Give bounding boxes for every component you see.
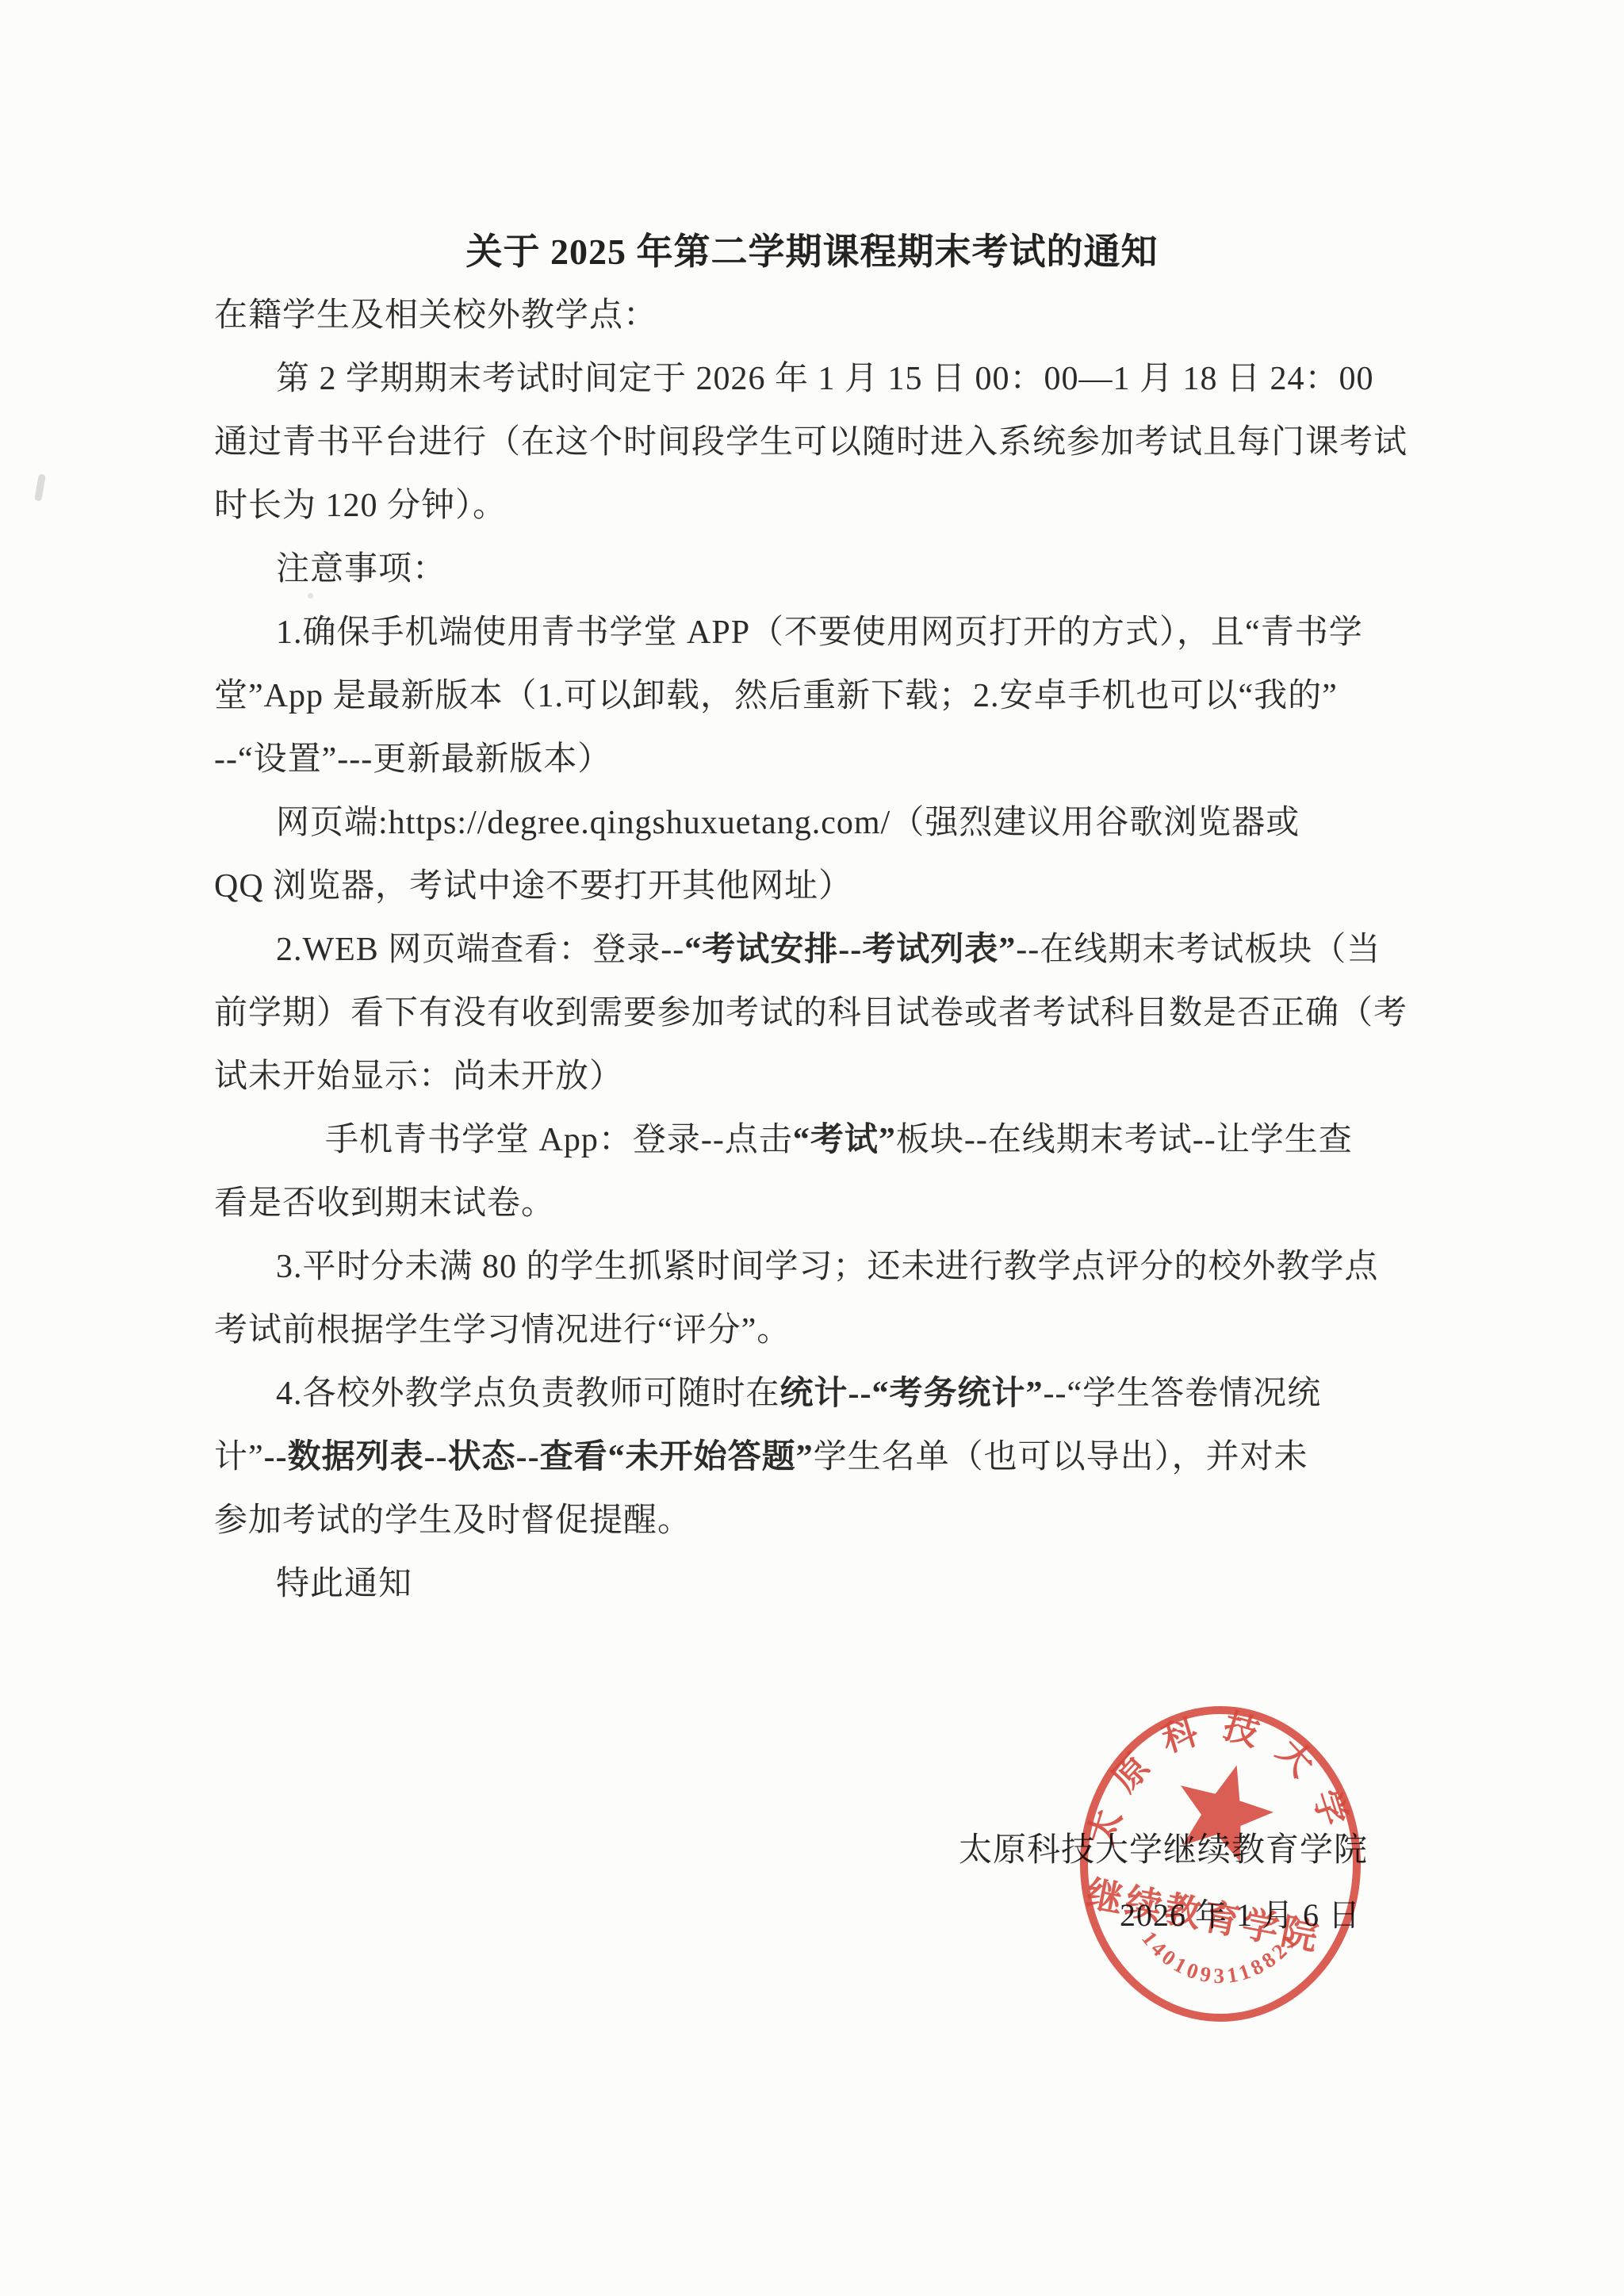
text-line: QQ 浏览器，考试中途不要打开其他网址）: [214, 855, 1427, 918]
text-run: QQ 浏览器，考试中途不要打开其他网址）: [214, 868, 852, 905]
text-run: --数据列表--状态--查看“未开始答题”: [264, 1439, 814, 1475]
text-run: 参加考试的学生及时督促提醒。: [214, 1502, 691, 1539]
text-run: 手机青书学堂 App：登录--点击: [325, 1122, 793, 1158]
text-line: 前学期）看下有没有收到需要参加考试的科目试卷或者考试科目数是否正确（考: [214, 982, 1427, 1045]
text-line: 手机青书学堂 App：登录--点击“考试”板块--在线期末考试--让学生查: [214, 1108, 1427, 1172]
text-run: 学生名单（也可以导出），并对未: [814, 1439, 1308, 1475]
text-run: 考试前根据学生学习情况进行“评分”。: [214, 1312, 791, 1349]
official-seal: 太原科技大学 继续教育学院 1401093118821: [1071, 1703, 1372, 2028]
scan-artifact: [34, 473, 46, 501]
text-line: 1.确保手机端使用青书学堂 APP（不要使用网页打开的方式），且“青书学: [214, 601, 1427, 664]
text-run: 时长为 120 分钟）。: [214, 488, 507, 524]
text-run: --“设置”---更新最新版本）: [214, 741, 611, 778]
text-run: 堂”App 是最新版本（1.可以卸载，然后重新下载；2.安卓手机也可以“我的”: [214, 678, 1338, 714]
text-run: 板块--在线期末考试--让学生查: [896, 1122, 1353, 1158]
text-line: --“设置”---更新最新版本）: [214, 728, 1427, 791]
text-line: 看是否收到期末试卷。: [214, 1172, 1427, 1235]
text-line: 注意事项：: [214, 538, 1427, 601]
text-run: 在籍学生及相关校外教学点：: [214, 297, 657, 334]
text-run: 通过青书平台进行（在这个时间段学生可以随时进入系统参加考试且每门课考试: [214, 424, 1408, 461]
text-line: 试未开始显示：尚未开放）: [214, 1045, 1427, 1108]
text-line: 网页端:https://degree.qingshuxuetang.com/（强…: [214, 791, 1427, 855]
text-line: 在籍学生及相关校外教学点：: [214, 284, 1427, 347]
text-run: --“学生答卷情况统: [1044, 1376, 1322, 1412]
text-run: 特此通知: [276, 1566, 412, 1602]
text-run: 计”: [214, 1439, 264, 1475]
text-run: 试未开始显示：尚未开放）: [214, 1058, 623, 1095]
text-line: 4.各校外教学点负责教师可随时在统计--“考务统计”--“学生答卷情况统: [214, 1362, 1427, 1425]
text-run: 3.平时分未满 80 的学生抓紧时间学习；还未进行教学点评分的校外教学点: [276, 1249, 1379, 1285]
text-line: 2.WEB 网页端查看：登录--“考试安排--考试列表”--在线期末考试板块（当: [214, 918, 1427, 982]
text-line: 通过青书平台进行（在这个时间段学生可以随时进入系统参加考试且每门课考试: [214, 411, 1427, 474]
text-line: 堂”App 是最新版本（1.可以卸载，然后重新下载；2.安卓手机也可以“我的”: [214, 664, 1427, 728]
text-line: 特此通知: [214, 1552, 1427, 1616]
text-line: 参加考试的学生及时督促提醒。: [214, 1489, 1427, 1552]
text-line: 计”--数据列表--状态--查看“未开始答题”学生名单（也可以导出），并对未: [214, 1425, 1427, 1489]
notice-document: 关于 2025 年第二学期课程期末考试的通知 在籍学生及相关校外教学点：第 2 …: [0, 0, 1624, 2296]
text-run: “考试安排--考试列表”: [684, 932, 1016, 968]
seal-group: 太原科技大学 继续教育学院 1401093118821: [1081, 1706, 1359, 2018]
text-run: 网页端:https://degree.qingshuxuetang.com/（强…: [276, 805, 1300, 841]
text-line: 时长为 120 分钟）。: [214, 474, 1427, 538]
text-run: 2.WEB 网页端查看：登录--: [276, 932, 684, 968]
text-run: “考试”: [793, 1122, 896, 1158]
text-run: 统计--“考务统计”: [780, 1376, 1044, 1412]
text-run: 前学期）看下有没有收到需要参加考试的科目试卷或者考试科目数是否正确（考: [214, 995, 1408, 1031]
text-line: 第 2 学期期末考试时间定于 2026 年 1 月 15 日 00：00—1 月…: [214, 347, 1427, 411]
text-run: 4.各校外教学点负责教师可随时在: [276, 1376, 780, 1412]
notice-title: 关于 2025 年第二学期课程期末考试的通知: [0, 223, 1624, 275]
text-line: 考试前根据学生学习情况进行“评分”。: [214, 1299, 1427, 1362]
star-icon: [1165, 1752, 1283, 1867]
text-run: 1.确保手机端使用青书学堂 APP（不要使用网页打开的方式），且“青书学: [276, 614, 1363, 651]
text-run: 第 2 学期期末考试时间定于 2026 年 1 月 15 日 00：00—1 月…: [276, 361, 1374, 397]
text-run: 注意事项：: [276, 551, 446, 587]
text-run: --在线期末考试板块（当: [1016, 932, 1381, 968]
scan-artifact: [308, 593, 313, 599]
text-run: 看是否收到期末试卷。: [214, 1185, 555, 1222]
notice-body: 在籍学生及相关校外教学点：第 2 学期期末考试时间定于 2026 年 1 月 1…: [214, 284, 1427, 1616]
text-line: 3.平时分未满 80 的学生抓紧时间学习；还未进行教学点评分的校外教学点: [214, 1235, 1427, 1299]
